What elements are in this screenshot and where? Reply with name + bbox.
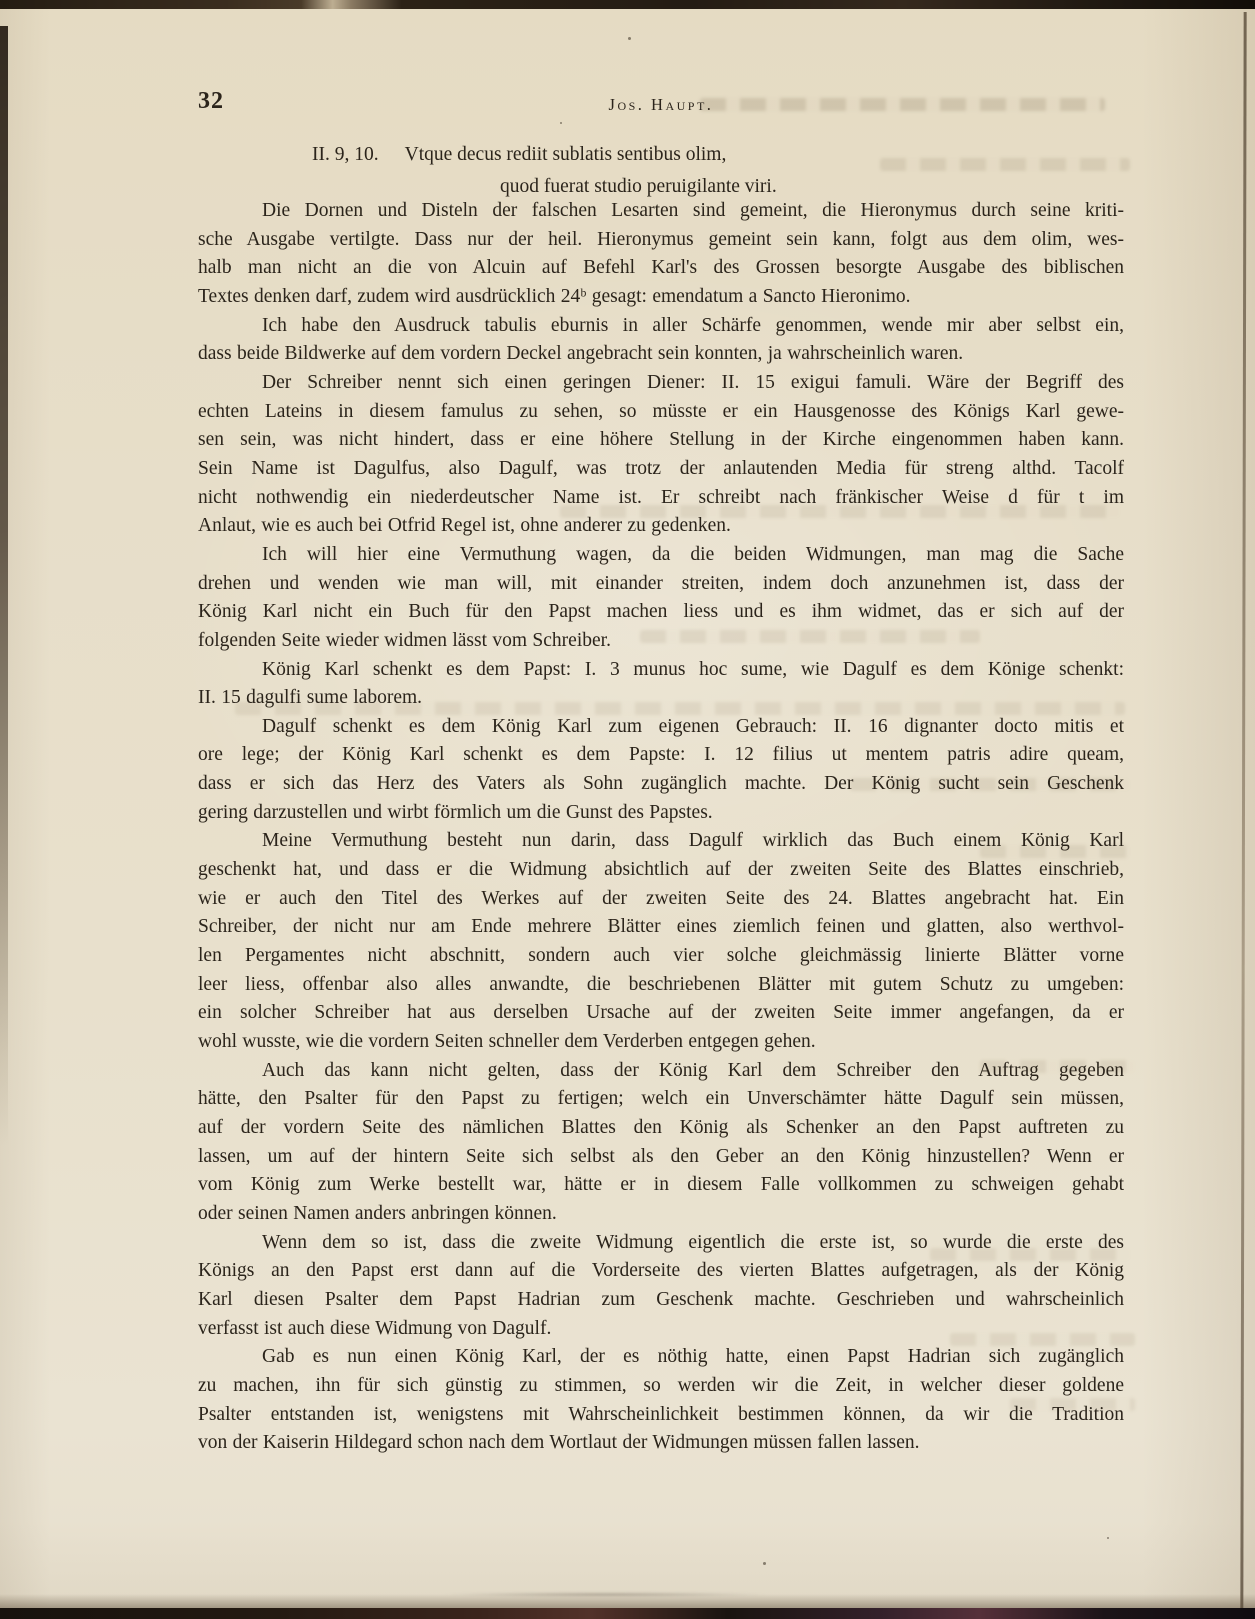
scan-left-edge — [0, 26, 8, 1146]
text-line: Anlaut, wie es auch bei Otfrid Regel ist… — [198, 512, 1124, 541]
text-line: sen sein, was nicht hindert, dass er ein… — [198, 426, 1124, 455]
text-line: ore lege; der König Karl schenkt es dem … — [198, 741, 1124, 770]
dust-speck — [1107, 1537, 1109, 1539]
text-line: folgenden Seite wieder widmen lässt vom … — [198, 627, 1124, 656]
text-line: wohl wusste, wie die vordern Seiten schn… — [198, 1028, 1124, 1057]
text-line: Karl diesen Psalter dem Papst Hadrian zu… — [198, 1286, 1124, 1315]
verse-quote: II. 9, 10.Vtque decus rediit sublatis se… — [198, 139, 1124, 202]
text-line: Sein Name ist Dagulfus, also Dagulf, was… — [198, 455, 1124, 484]
page-right-edge-line — [1240, 12, 1246, 1608]
text-line: König Karl schenkt es dem Papst: I. 3 mu… — [198, 656, 1124, 685]
text-line: leer liess, offenbar also alles anwandte… — [198, 971, 1124, 1000]
text-line: Schreiber, der nicht nur am Ende mehrere… — [198, 913, 1124, 942]
text-line: Der Schreiber nennt sich einen geringen … — [198, 369, 1124, 398]
text-line: zu machen, ihn für sich günstig zu stimm… — [198, 1372, 1124, 1401]
text-line: wie er auch den Titel des Werkes auf der… — [198, 885, 1124, 914]
text-line: von der Kaiserin Hildegard schon nach de… — [198, 1429, 1124, 1458]
text-line: vom König zum Werke bestellt war, hätte … — [198, 1171, 1124, 1200]
text-line: sche Ausgabe vertilgte. Dass nur der hei… — [198, 226, 1124, 255]
text-line: Auch das kann nicht gelten, dass der Kön… — [198, 1057, 1124, 1086]
text-line: Psalter entstanden ist, wenigstens mit W… — [198, 1401, 1124, 1430]
text-line: geschenkt hat, und dass er die Widmung a… — [198, 856, 1124, 885]
text-line: Ich habe den Ausdruck tabulis eburnis in… — [198, 312, 1124, 341]
text-line: Textes denken darf, zudem wird ausdrückl… — [198, 283, 1124, 312]
text-line: Wenn dem so ist, dass die zweite Widmung… — [198, 1229, 1124, 1258]
verse-line: II. 9, 10.Vtque decus rediit sublatis se… — [198, 139, 1124, 171]
text-line: Die Dornen und Disteln der falschen Lesa… — [198, 197, 1124, 226]
verse-reference: II. 9, 10. — [312, 144, 379, 165]
text-line: Ich will hier eine Vermuthung wagen, da … — [198, 541, 1124, 570]
book-page-scan: 32 Jos. Haupt. II. 9, 10.Vtque decus red… — [0, 0, 1255, 1619]
dust-speck — [560, 122, 562, 124]
scan-bottom-edge — [0, 1608, 1255, 1619]
text-line: len Pergamentes nicht abschnitt, sondern… — [198, 942, 1124, 971]
scan-top-edge — [0, 0, 1255, 9]
text-line: drehen und wenden wie man will, mit eina… — [198, 570, 1124, 599]
text-line: ein solcher Schreiber hat aus derselben … — [198, 999, 1124, 1028]
scan-smudge — [440, 1592, 770, 1597]
text-line: Königs an den Papst erst dann auf die Vo… — [198, 1257, 1124, 1286]
text-line: dass er sich das Herz des Vaters als Soh… — [198, 770, 1124, 799]
text-line: halb man nicht an die von Alcuin auf Bef… — [198, 254, 1124, 283]
text-line: Gab es nun einen König Karl, der es nöth… — [198, 1343, 1124, 1372]
text-line: II. 15 dagulfi sume laborem. — [198, 684, 1124, 713]
text-line: echten Lateins in diesem famulus zu sehe… — [198, 398, 1124, 427]
verse-text: Vtque decus rediit sublatis sentibus oli… — [405, 144, 727, 165]
text-line: nicht nothwendig ein niederdeutscher Nam… — [198, 484, 1124, 513]
text-line: dass beide Bildwerke auf dem vordern Dec… — [198, 340, 1124, 369]
body-text: Die Dornen und Disteln der falschen Lesa… — [198, 197, 1124, 1458]
text-line: König Karl nicht ein Buch für den Papst … — [198, 598, 1124, 627]
text-line: Meine Vermuthung besteht nun darin, dass… — [198, 827, 1124, 856]
text-line: gering darzustellen und wirbt förmlich u… — [198, 799, 1124, 828]
text-line: lassen, um auf der hintern Seite sich se… — [198, 1143, 1124, 1172]
text-line: Dagulf schenkt es dem König Karl zum eig… — [198, 713, 1124, 742]
dust-speck — [763, 1562, 766, 1565]
running-header: Jos. Haupt. — [198, 95, 1124, 115]
text-line: oder seinen Namen anders anbringen könne… — [198, 1200, 1124, 1229]
text-line: verfasst ist auch diese Widmung von Dagu… — [198, 1315, 1124, 1344]
text-line: hätte, den Psalter für den Papst zu fert… — [198, 1085, 1124, 1114]
dust-speck — [628, 37, 631, 40]
text-line: auf der vordern Seite des nämlichen Blat… — [198, 1114, 1124, 1143]
